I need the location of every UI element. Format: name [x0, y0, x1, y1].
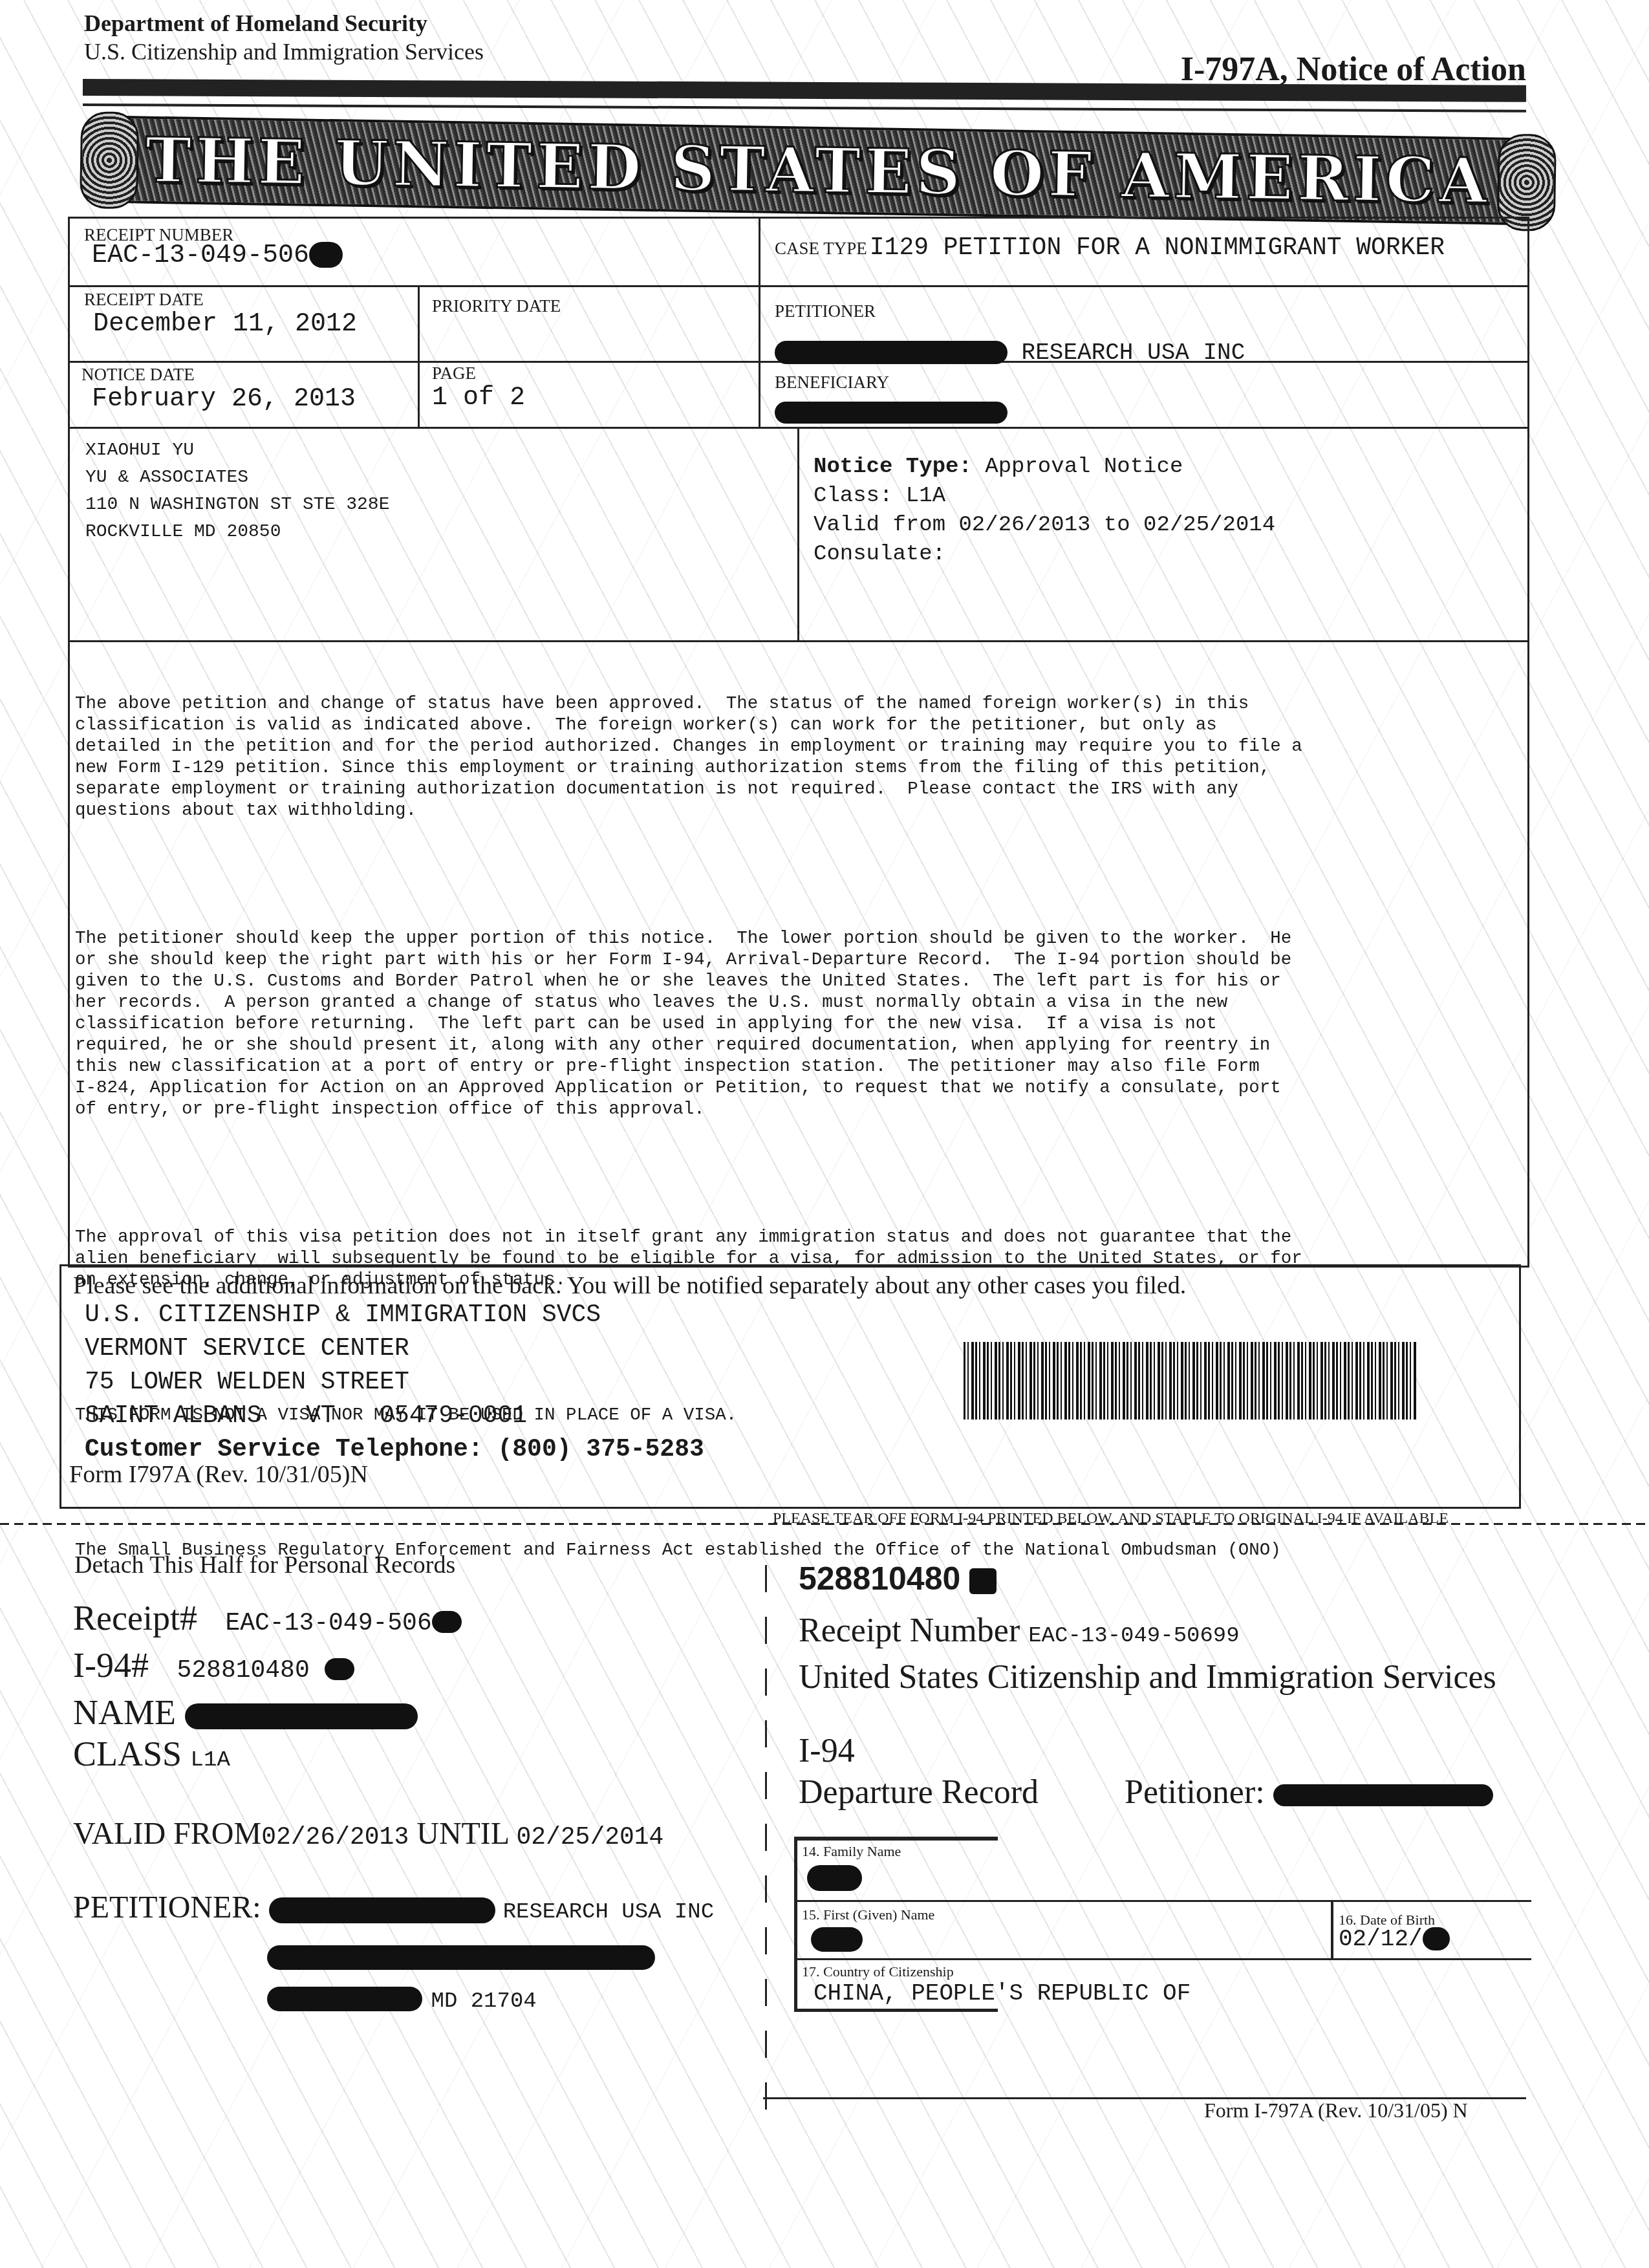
dob-value: 02/12/ [1339, 1926, 1450, 1952]
family-name-label: 14. Family Name [802, 1843, 901, 1860]
receipt-label: Receipt# [73, 1599, 197, 1637]
country-label: 17. Country of Citizenship [802, 1963, 954, 1980]
consulate-line: Consulate: [814, 540, 1275, 569]
redaction-mark [1273, 1784, 1493, 1806]
receipt-number-row: Receipt Number EAC-13-049-50699 [799, 1610, 1523, 1657]
notice-date-cell: NOTICE DATE February 26, 2013 [81, 365, 356, 414]
i94-number-heading: 528810480 [799, 1560, 997, 1597]
petitioner-row: PETITIONER: RESEARCH USA INC [73, 1887, 759, 1933]
redaction-mark [267, 1945, 655, 1970]
redaction-mark [267, 1987, 422, 2011]
redaction-mark [185, 1703, 418, 1729]
beneficiary-cell: BENEFICIARY [775, 373, 1008, 424]
until-value: 02/25/2014 [516, 1824, 663, 1852]
body-paragraph: The above petition and change of status … [75, 693, 1524, 821]
petitioner-address-row [267, 1933, 759, 1974]
notice-date-label: NOTICE DATE [81, 365, 356, 385]
i94-label: I-94# [73, 1646, 149, 1685]
attorney-line: YU & ASSOCIATES [85, 464, 389, 491]
redaction-mark [807, 1865, 862, 1891]
divider [794, 1837, 797, 2011]
class-label: CLASS [73, 1734, 182, 1773]
receipt-number-cell: RECEIPT NUMBER EAC-13-049-506 [84, 225, 343, 270]
attorney-address: XIAOHUI YU YU & ASSOCIATES 110 N WASHING… [85, 437, 389, 546]
departure-record-row: Departure Record Petitioner: [799, 1772, 1523, 1813]
class-line: Class: L1A [814, 482, 1275, 511]
agency-name: Department of Homeland Security [84, 9, 484, 38]
redaction-mark [811, 1927, 863, 1952]
divider [797, 427, 799, 640]
divider [70, 640, 1529, 642]
personal-record: Receipt# EAC-13-049-506 I-94# 528810480 … [73, 1597, 759, 2022]
valid-line: Valid from 02/26/2013 to 02/25/2014 [814, 511, 1275, 540]
divider [70, 285, 1529, 287]
divider [70, 427, 1529, 429]
divider [1331, 1900, 1333, 1960]
divider [794, 1837, 998, 1841]
receipt-row: Receipt# EAC-13-049-506 [73, 1597, 759, 1645]
page-label: PAGE [432, 363, 525, 383]
redaction-mark [309, 242, 343, 268]
divider [759, 219, 760, 427]
priority-date-label: PRIORITY DATE [432, 296, 561, 316]
notice-type-value: Approval Notice [985, 455, 1183, 479]
form-title: I-797A, Notice of Action [1181, 50, 1526, 89]
priority-date-cell: PRIORITY DATE [432, 296, 561, 316]
name-label: NAME [73, 1693, 176, 1732]
class-value: L1A [191, 1748, 230, 1773]
divider [418, 285, 420, 427]
page-cell: PAGE 1 of 2 [432, 363, 525, 413]
redaction-mark [269, 1897, 495, 1923]
notice-date-value: February 26, 2013 [92, 385, 356, 414]
given-name-label: 15. First (Given) Name [802, 1906, 934, 1923]
divider [794, 1958, 1531, 1960]
attorney-line: XIAOHUI YU [85, 437, 389, 464]
dob-text: 02/12/ [1339, 1926, 1423, 1952]
petitioner-label: PETITIONER: [73, 1890, 261, 1925]
attorney-line: 110 N WASHINGTON ST STE 328E [85, 491, 389, 519]
name-row: NAME [73, 1692, 759, 1733]
redaction-mark [775, 341, 1008, 364]
form-revision: Form I797A (Rev. 10/31/05)N [69, 1460, 368, 1489]
receipt-date-cell: RECEIPT DATE December 11, 2012 [84, 290, 357, 339]
banner-text: THE UNITED STATES OF AMERICA [145, 124, 1492, 218]
valid-from-label: VALID FROM [73, 1817, 261, 1851]
receipt-number-label: Receipt Number [799, 1612, 1020, 1649]
petitioner-name: RESEARCH USA INC [1022, 340, 1245, 366]
i94-form-label: I-94 [799, 1731, 1523, 1772]
redaction-mark [775, 402, 1008, 424]
service-center-address: U.S. CITIZENSHIP & IMMIGRATION SVCS VERM… [85, 1299, 704, 1467]
case-type-cell: CASE TYPE I129 PETITION FOR A NONIMMIGRA… [775, 234, 1445, 262]
petitioner-city: MD 21704 [431, 1989, 537, 2014]
perforation-line [765, 1565, 767, 2115]
class-row: CLASS L1A [73, 1733, 759, 1781]
i94-number: 528810480 [799, 1561, 960, 1597]
receipt-date-value: December 11, 2012 [93, 310, 357, 339]
address-line: VERMONT SERVICE CENTER [85, 1332, 704, 1366]
country-value: CHINA, PEOPLE'S REPUBLIC OF [814, 1980, 1191, 2007]
case-type-label: CASE TYPE [775, 239, 867, 258]
valid-from-value: 02/26/2013 [261, 1824, 409, 1852]
divider [794, 2009, 998, 2012]
i94-departure-record: Receipt Number EAC-13-049-50699 United S… [799, 1610, 1523, 1813]
receipt-number-value: EAC-13-049-506 [92, 241, 343, 270]
divider [794, 1900, 1531, 1902]
notice-type-label: Notice Type: [814, 455, 972, 479]
until-label: UNTIL [416, 1817, 508, 1851]
petitioner-name: RESEARCH USA INC [503, 1900, 714, 1925]
header-rule [83, 103, 1526, 113]
petitioner-value: RESEARCH USA INC [775, 340, 1245, 366]
receipt-number-text: EAC-13-049-506 [92, 241, 309, 270]
attorney-line: ROCKVILLE MD 20850 [85, 519, 389, 546]
i94-value: 528810480 [177, 1657, 309, 1685]
issuing-agency: United States Citizenship and Immigratio… [799, 1657, 1523, 1698]
banner-ornament-left-icon [80, 111, 139, 209]
footer-form-revision: Form I-797A (Rev. 10/31/05) N [1204, 2099, 1468, 2122]
notice-details: Notice Type: Approval Notice Class: L1A … [814, 453, 1275, 569]
sub-agency-name: U.S. Citizenship and Immigration Service… [84, 38, 484, 66]
page-value: 1 of 2 [432, 383, 525, 413]
redaction-mark [325, 1658, 354, 1680]
address-line: 75 LOWER WELDEN STREET [85, 1366, 704, 1399]
petitioner-label: Petitioner: [1125, 1774, 1265, 1811]
redaction-mark [432, 1611, 462, 1633]
detach-heading: Detach This Half for Personal Records [74, 1551, 455, 1579]
beneficiary-label: BENEFICIARY [775, 373, 1008, 393]
address-line: SAINT ALBANS VT 05479-0001 [85, 1399, 704, 1433]
barcode [964, 1342, 1416, 1420]
notice-form: RECEIPT NUMBER EAC-13-049-506 CASE TYPE … [68, 217, 1529, 1268]
receipt-value: EAC-13-049-506 [225, 1610, 431, 1637]
body-paragraph: The petitioner should keep the upper por… [75, 928, 1524, 1120]
i94-fields: 14. Family Name 15. First (Given) Name 1… [794, 1837, 1531, 2018]
petitioner-city-row: MD 21704 [267, 1974, 759, 2022]
usa-banner: THE UNITED STATES OF AMERICA [122, 116, 1514, 225]
petitioner-label: PETITIONER [775, 301, 1245, 321]
receipt-number-value: EAC-13-049-50699 [1028, 1624, 1239, 1648]
i94-row: I-94# 528810480 [73, 1645, 759, 1692]
tear-line [0, 1523, 1649, 1525]
agency-header: Department of Homeland Security U.S. Cit… [84, 9, 484, 66]
receipt-date-label: RECEIPT DATE [84, 290, 357, 310]
validity-row: VALID FROM02/26/2013 UNTIL 02/25/2014 [73, 1813, 759, 1859]
redaction-mark [1423, 1927, 1450, 1950]
petitioner-cell: PETITIONER RESEARCH USA INC [775, 301, 1245, 366]
notice-type-line: Notice Type: Approval Notice [814, 453, 1275, 482]
additional-info-note: Please see the additional information on… [73, 1271, 1186, 1300]
redaction-mark [969, 1568, 997, 1594]
case-type-value: I129 PETITION FOR A NONIMMIGRANT WORKER [870, 234, 1445, 262]
address-line: U.S. CITIZENSHIP & IMMIGRATION SVCS [85, 1299, 704, 1332]
departure-record-label: Departure Record [799, 1774, 1039, 1811]
